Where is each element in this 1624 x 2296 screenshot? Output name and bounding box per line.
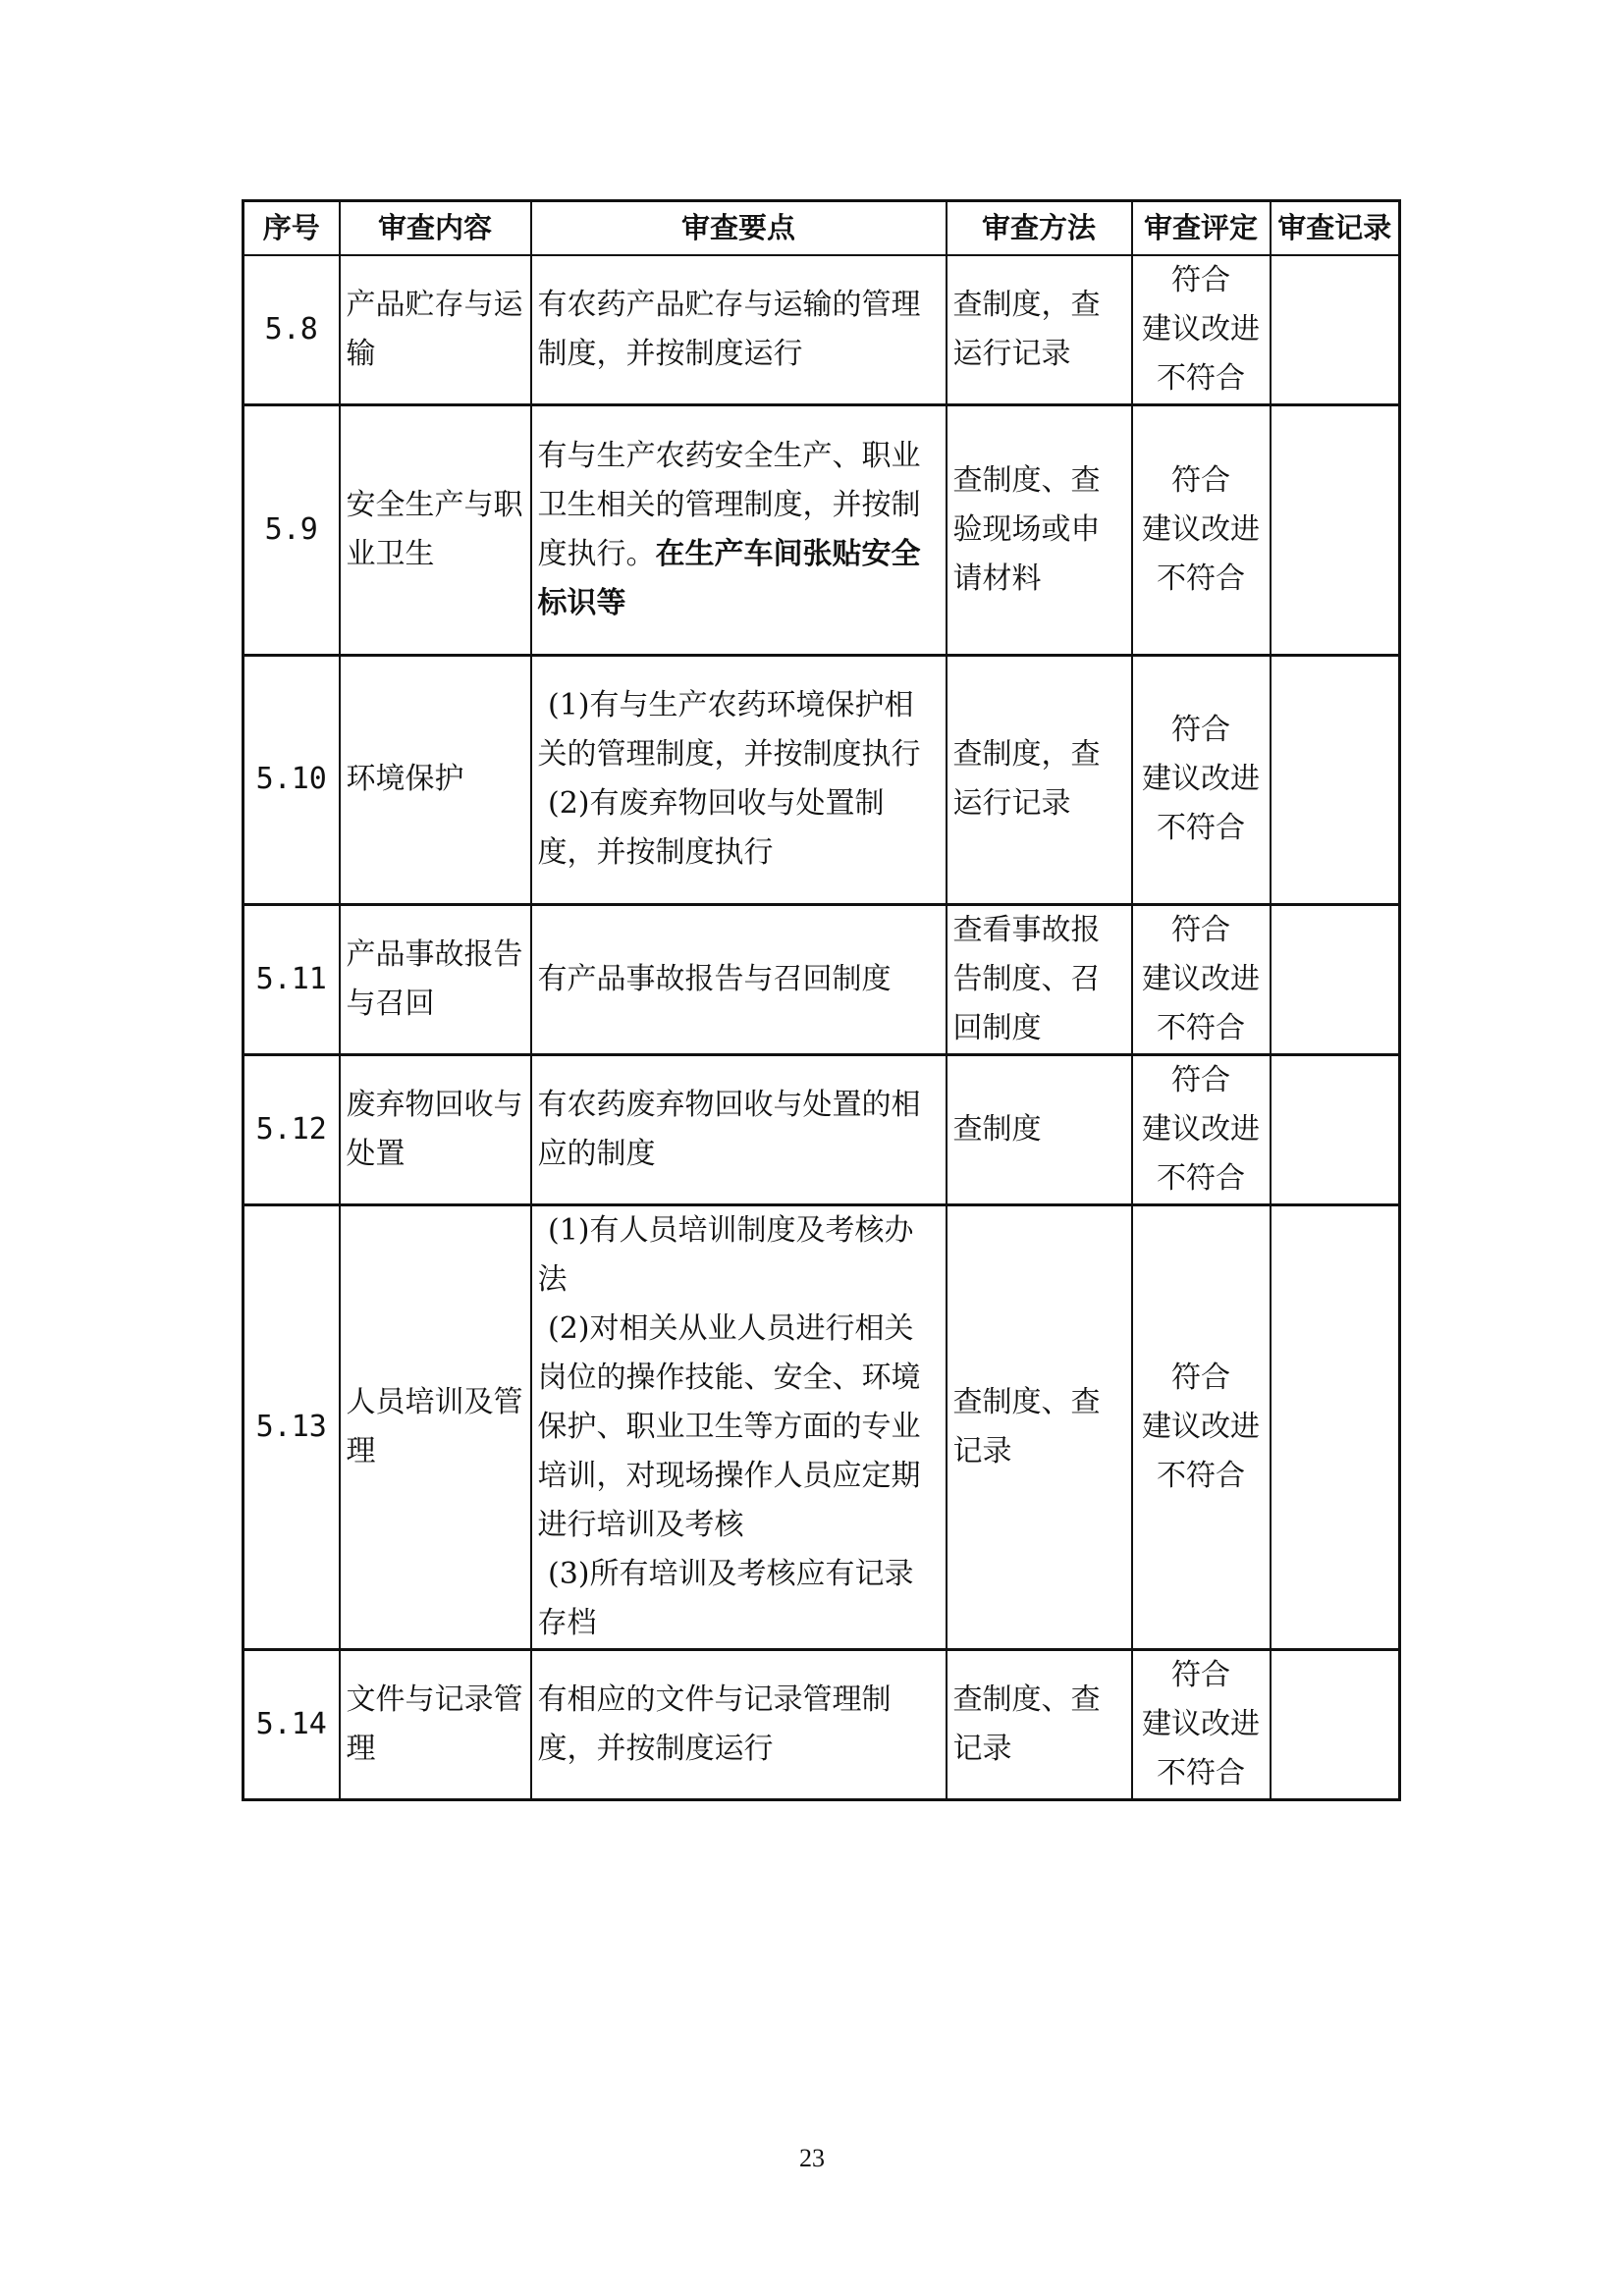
row-number: 5.12 [244, 1054, 340, 1204]
document-page: 序号 审查内容 审查要点 审查方法 审查评定 审查记录 5.8 产品贮存与运输 … [0, 0, 1624, 2296]
review-rating: 符合 建议改进 不符合 [1132, 904, 1271, 1054]
rating-option-noncomply[interactable]: 不符合 [1139, 1154, 1264, 1203]
review-record[interactable] [1271, 1649, 1400, 1799]
row-number: 5.13 [244, 1204, 340, 1649]
page-number: 23 [0, 2144, 1624, 2173]
review-content: 环境保护 [340, 655, 531, 904]
review-method: 查制度 [947, 1054, 1132, 1204]
review-record[interactable] [1271, 1054, 1400, 1204]
review-points: 有与生产农药安全生产、职业卫生相关的管理制度，并按制度执行。在生产车间张贴安全标… [531, 404, 947, 655]
table-row: 5.10 环境保护 (1)有与生产农药环境保护相关的管理制度，并按制度执行 (2… [244, 655, 1400, 904]
review-rating: 符合 建议改进 不符合 [1132, 655, 1271, 904]
rating-option-comply[interactable]: 符合 [1139, 1354, 1264, 1403]
review-content: 废弃物回收与处置 [340, 1054, 531, 1204]
review-record[interactable] [1271, 404, 1400, 655]
review-content: 产品事故报告与召回 [340, 904, 531, 1054]
review-content: 安全生产与职业卫生 [340, 404, 531, 655]
header-content: 审查内容 [340, 201, 531, 255]
rating-option-noncomply[interactable]: 不符合 [1139, 1004, 1264, 1053]
review-method: 查看事故报告制度、召回制度 [947, 904, 1132, 1054]
review-content: 产品贮存与运输 [340, 255, 531, 405]
review-point: 有产品事故报告与召回制度 [538, 955, 940, 1004]
review-point: (2)对相关从业人员进行相关岗位的操作技能、安全、环境保护、职业卫生等方面的专业… [538, 1305, 940, 1550]
review-rating: 符合 建议改进 不符合 [1132, 1204, 1271, 1649]
review-point: (1)有与生产农药环境保护相关的管理制度，并按制度执行 [538, 681, 940, 779]
row-number: 5.8 [244, 255, 340, 405]
review-point: 有农药产品贮存与运输的管理制度，并按制度运行 [538, 281, 940, 379]
review-method: 查制度、查记录 [947, 1204, 1132, 1649]
header-record: 审查记录 [1271, 201, 1400, 255]
review-point: 有相应的文件与记录管理制度，并按制度运行 [538, 1676, 940, 1774]
rating-option-comply[interactable]: 符合 [1139, 906, 1264, 955]
row-number: 5.14 [244, 1649, 340, 1799]
review-points: 有农药产品贮存与运输的管理制度，并按制度运行 [531, 255, 947, 405]
review-rating: 符合 建议改进 不符合 [1132, 404, 1271, 655]
rating-option-improve[interactable]: 建议改进 [1139, 1105, 1264, 1154]
rating-option-comply[interactable]: 符合 [1139, 456, 1264, 506]
rating-option-noncomply[interactable]: 不符合 [1139, 354, 1264, 403]
header-rating: 审查评定 [1132, 201, 1271, 255]
audit-checklist-table: 序号 审查内容 审查要点 审查方法 审查评定 审查记录 5.8 产品贮存与运输 … [242, 199, 1401, 1801]
review-record[interactable] [1271, 904, 1400, 1054]
review-record[interactable] [1271, 1204, 1400, 1649]
row-number: 5.11 [244, 904, 340, 1054]
review-points: 有农药废弃物回收与处置的相应的制度 [531, 1054, 947, 1204]
rating-option-noncomply[interactable]: 不符合 [1139, 804, 1264, 853]
rating-option-improve[interactable]: 建议改进 [1139, 1700, 1264, 1749]
review-method: 查制度，查运行记录 [947, 655, 1132, 904]
rating-option-comply[interactable]: 符合 [1139, 256, 1264, 305]
table-row: 5.9 安全生产与职业卫生 有与生产农药安全生产、职业卫生相关的管理制度，并按制… [244, 404, 1400, 655]
table-row: 5.11 产品事故报告与召回 有产品事故报告与召回制度 查看事故报告制度、召回制… [244, 904, 1400, 1054]
table-row: 5.8 产品贮存与运输 有农药产品贮存与运输的管理制度，并按制度运行 查制度，查… [244, 255, 1400, 405]
review-record[interactable] [1271, 255, 1400, 405]
table-row: 5.12 废弃物回收与处置 有农药废弃物回收与处置的相应的制度 查制度 符合 建… [244, 1054, 1400, 1204]
review-rating: 符合 建议改进 不符合 [1132, 1649, 1271, 1799]
row-number: 5.10 [244, 655, 340, 904]
table-row: 5.14 文件与记录管理 有相应的文件与记录管理制度，并按制度运行 查制度、查记… [244, 1649, 1400, 1799]
rating-option-noncomply[interactable]: 不符合 [1139, 1452, 1264, 1501]
review-points: 有相应的文件与记录管理制度，并按制度运行 [531, 1649, 947, 1799]
rating-option-comply[interactable]: 符合 [1139, 1651, 1264, 1700]
header-no: 序号 [244, 201, 340, 255]
table-header-row: 序号 审查内容 审查要点 审查方法 审查评定 审查记录 [244, 201, 1400, 255]
review-points: (1)有与生产农药环境保护相关的管理制度，并按制度执行 (2)有废弃物回收与处置… [531, 655, 947, 904]
review-point: (2)有废弃物回收与处置制度，并按制度执行 [538, 779, 940, 878]
review-point: 有农药废弃物回收与处置的相应的制度 [538, 1081, 940, 1179]
review-record[interactable] [1271, 655, 1400, 904]
review-points: 有产品事故报告与召回制度 [531, 904, 947, 1054]
rating-option-improve[interactable]: 建议改进 [1139, 506, 1264, 555]
rating-option-noncomply[interactable]: 不符合 [1139, 1749, 1264, 1798]
review-points: (1)有人员培训制度及考核办法 (2)对相关从业人员进行相关岗位的操作技能、安全… [531, 1204, 947, 1649]
rating-option-improve[interactable]: 建议改进 [1139, 305, 1264, 354]
review-content: 人员培训及管理 [340, 1204, 531, 1649]
review-method: 查制度、查验现场或申请材料 [947, 404, 1132, 655]
table-row: 5.13 人员培训及管理 (1)有人员培训制度及考核办法 (2)对相关从业人员进… [244, 1204, 1400, 1649]
header-points: 审查要点 [531, 201, 947, 255]
rating-option-comply[interactable]: 符合 [1139, 706, 1264, 755]
rating-option-noncomply[interactable]: 不符合 [1139, 555, 1264, 604]
review-content: 文件与记录管理 [340, 1649, 531, 1799]
review-rating: 符合 建议改进 不符合 [1132, 1054, 1271, 1204]
rating-option-improve[interactable]: 建议改进 [1139, 1403, 1264, 1452]
rating-option-improve[interactable]: 建议改进 [1139, 755, 1264, 804]
review-method: 查制度，查运行记录 [947, 255, 1132, 405]
review-point: (1)有人员培训制度及考核办法 [538, 1206, 940, 1305]
review-point: (3)所有培训及考核应有记录存档 [538, 1550, 940, 1648]
review-rating: 符合 建议改进 不符合 [1132, 255, 1271, 405]
header-method: 审查方法 [947, 201, 1132, 255]
review-method: 查制度、查记录 [947, 1649, 1132, 1799]
row-number: 5.9 [244, 404, 340, 655]
rating-option-comply[interactable]: 符合 [1139, 1056, 1264, 1105]
rating-option-improve[interactable]: 建议改进 [1139, 955, 1264, 1004]
